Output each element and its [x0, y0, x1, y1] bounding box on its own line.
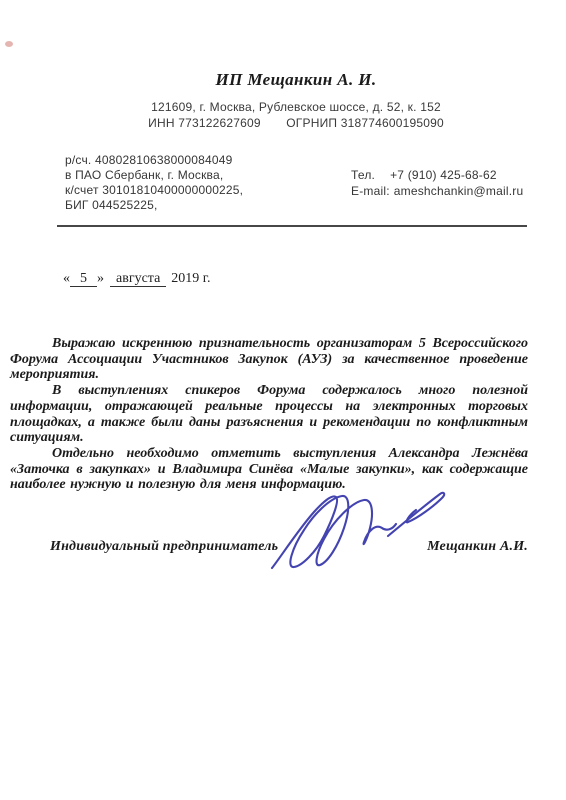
company-address: 121609, г. Москва, Рублевское шоссе, д. …	[26, 100, 566, 114]
bank-line-account: р/сч. 40802810638000084049	[65, 153, 243, 168]
registration-line: ИНН 773122627609 ОГРНИП 318774600195090	[26, 116, 566, 130]
company-name: ИП Мещанкин А. И.	[26, 70, 566, 90]
letterhead: ИП Мещанкин А. И. 121609, г. Москва, Руб…	[26, 70, 566, 130]
phone-row: Тел.+7 (910) 425-68-62	[351, 168, 523, 184]
phone-number: +7 (910) 425-68-62	[390, 168, 497, 182]
date-line: «5»августа2019 г.	[63, 271, 210, 287]
date-month: августа	[110, 271, 166, 287]
letter-body: Выражаю искреннюю признательность органи…	[10, 336, 528, 493]
handwritten-signature	[258, 484, 450, 578]
phone-label: Тел.	[351, 168, 375, 182]
scan-artifact-dot	[5, 41, 13, 47]
bank-line-bic: БИГ 044525225,	[65, 198, 243, 213]
signature-stroke-flourish	[388, 493, 444, 536]
date-year: 2019 г.	[171, 271, 210, 286]
header-divider	[57, 225, 527, 227]
email-label: E-mail:	[351, 184, 390, 198]
contact-details: Тел.+7 (910) 425-68-62 E-mail:ameshchank…	[351, 168, 523, 199]
date-close-quote: »	[97, 271, 104, 286]
bank-line-bank: в ПАО Сбербанк, г. Москва,	[65, 168, 243, 183]
date-open-quote: «	[63, 271, 70, 286]
body-paragraph-1: Выражаю искреннюю признательность органи…	[10, 336, 528, 383]
ogrnip-value: ОГРНИП 318774600195090	[286, 116, 444, 130]
email-address: ameshchankin@mail.ru	[394, 184, 524, 198]
date-day: 5	[70, 271, 97, 287]
signature-stroke-main	[272, 496, 396, 568]
email-row: E-mail:ameshchankin@mail.ru	[351, 184, 523, 200]
closing-role: Индивидуальный предприниматель	[50, 539, 278, 555]
body-paragraph-2: В выступлениях спикеров Форума содержало…	[10, 383, 528, 446]
inn-value: ИНН 773122627609	[148, 116, 261, 130]
bank-details: р/сч. 40802810638000084049 в ПАО Сбербан…	[65, 153, 243, 213]
letter-page: ИП Мещанкин А. И. 121609, г. Москва, Руб…	[0, 0, 566, 800]
bank-line-corr-account: к/счет 30101810400000000225,	[65, 183, 243, 198]
